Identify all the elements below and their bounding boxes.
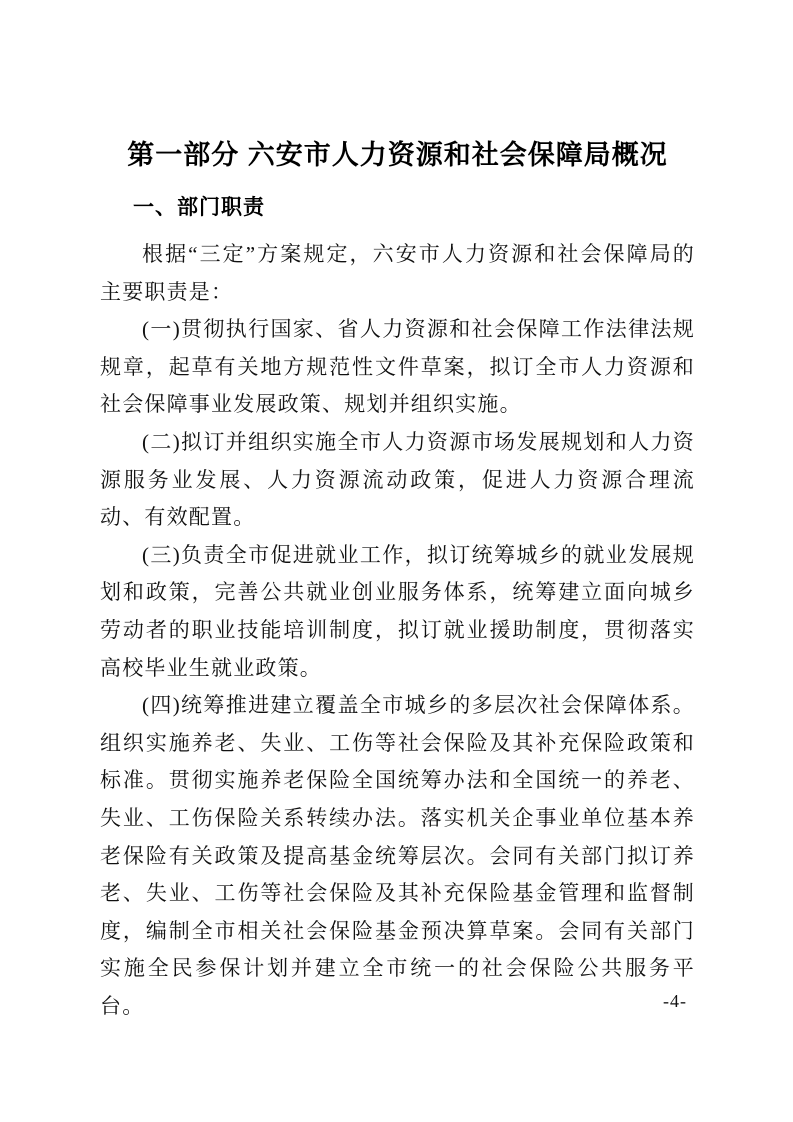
paragraph-duty-1: (一)贯彻执行国家、省人力资源和社会保障工作法律法规规章，起草有关地方规范性文件… [100,311,695,424]
paragraph-duty-3: (三)负责全市促进就业工作，拟订统筹城乡的就业发展规划和政策，完善公共就业创业服… [100,537,695,687]
paragraph-intro: 根据“三定”方案规定，六安市人力资源和社会保障局的主要职责是： [100,236,695,311]
document-page: 第一部分 六安市人力资源和社会保障局概况 一、部门职责 根据“三定”方案规定，六… [0,0,793,1122]
paragraph-duty-4: (四)统筹推进建立覆盖全市城乡的多层次社会保障体系。组织实施养老、失业、工伤等社… [100,687,695,1025]
document-title: 第一部分 六安市人力资源和社会保障局概况 [100,138,695,172]
document-body: 根据“三定”方案规定，六安市人力资源和社会保障局的主要职责是： (一)贯彻执行国… [100,236,695,1025]
section-heading: 一、部门职责 [133,195,695,221]
paragraph-duty-2: (二)拟订并组织实施全市人力资源市场发展规划和人力资源服务业发展、人力资源流动政… [100,424,695,537]
page-number: -4- [663,991,687,1012]
